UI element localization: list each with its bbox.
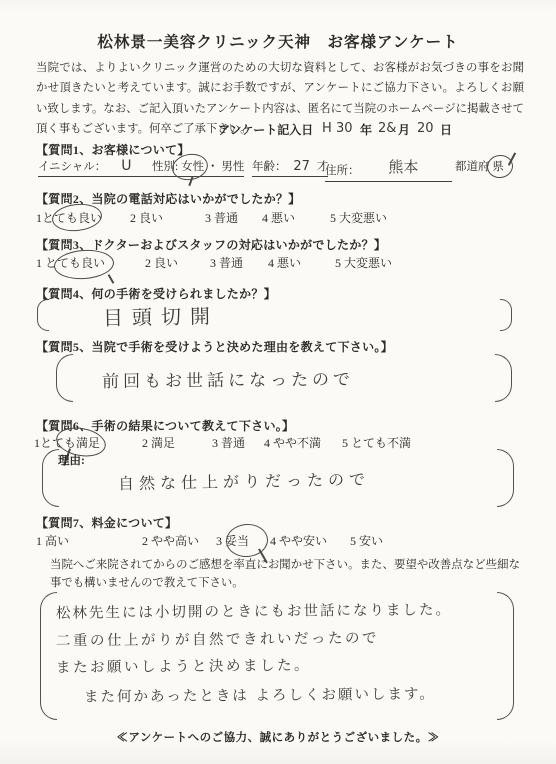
comment-line-2: 二重の仕上がりが自然できれいだったので	[56, 627, 379, 651]
page-title: 松林景一美容クリニック天神 お客様アンケート	[0, 30, 556, 52]
age-field: 年齢： 27 才	[252, 158, 328, 177]
gender-field: 性別: 女性 ・ 男性	[152, 158, 244, 177]
q1-heading: 【質問1、お客様について】	[36, 141, 190, 158]
q3-option-2: 2 良い	[145, 254, 178, 271]
q5-answer-handwriting: 前回もお世話になったので	[102, 365, 354, 392]
q7-option-4: 4 やや安い	[270, 532, 327, 549]
date-month-unit: 月	[398, 121, 410, 138]
comments-box: 松林先生には小切開のときにもお世話になりました。 二重の仕上がりが自然できれいだ…	[40, 592, 514, 720]
q7-option-5: 5 安い	[350, 532, 383, 549]
feedback-prompt: 当院へご来院されてからのご感想を率直にお聞かせ下さい。また、要望や改善点など些細…	[50, 556, 520, 593]
comment-line-3: またお願いしようと決めました。	[56, 654, 311, 677]
q3-option-5: 5 大変悪い	[335, 254, 392, 271]
initial-label: イニシャル：	[38, 161, 106, 173]
date-day-unit: 日	[440, 121, 452, 138]
date-era-value: H	[322, 121, 332, 136]
q3-option-3: 3 普通	[210, 254, 243, 271]
q2-option-2: 2 良い	[130, 209, 163, 226]
q5-heading: 【質問5、当院で手術を受けようと決めた理由を教えて下さい。】	[36, 338, 393, 355]
prefecture-field: 都道府 県	[455, 158, 504, 176]
date-day-value: 20	[417, 121, 434, 136]
address-value: 熊本	[362, 158, 452, 176]
date-label: アンケート記入日	[218, 121, 313, 138]
comment-line-4: また何かあったときは よろしくお願いします。	[84, 682, 436, 706]
age-label: 年齢：	[252, 161, 287, 173]
q2-option-3: 3 普通	[205, 209, 238, 226]
q3-options-row: 1 とても良い 2 良い 3 普通 4 悪い 5 大変悪い	[0, 254, 556, 276]
date-month-value: 2&	[378, 121, 396, 136]
address-label: 住所：	[325, 165, 360, 177]
q6-reason-handwriting: 自然な仕上がりだったので	[118, 467, 370, 494]
q3-circle-tail-icon	[108, 274, 114, 284]
q7-heading: 【質問7、料金について】	[36, 514, 177, 531]
gender-option-male: 男性	[221, 161, 244, 173]
q7-options-row: 1 高い 2 やや高い 3 妥当 4 やや安い 5 安い	[0, 532, 556, 554]
date-year-value: 30	[336, 121, 353, 136]
q1-fields-row: イニシャル： U 性別: 女性 ・ 男性 年齢： 27 才 住所： 熊本 都道府…	[0, 158, 556, 180]
prefecture-selection-circle-icon	[486, 153, 515, 179]
q7-option-2: 2 やや高い	[142, 532, 199, 549]
q2-option-4: 4 悪い	[262, 209, 295, 226]
survey-scan-page: 松林景一美容クリニック天神 お客様アンケート 当院では、よりよいクリニック運営の…	[0, 0, 556, 764]
date-year-unit: 年	[360, 121, 372, 138]
q7-option-1: 1 高い	[36, 532, 69, 549]
q2-options-row: 1とても良い 2 良い 3 普通 4 悪い 5 大変悪い	[0, 209, 556, 231]
q4-answer-box: 目頭切開	[37, 299, 512, 331]
gender-separator: ・	[207, 161, 219, 173]
q4-answer-handwriting: 目頭切開	[103, 300, 219, 331]
age-value: 27	[289, 159, 314, 174]
address-field: 住所： 熊本	[325, 158, 452, 182]
q6-reason-box: 理由: 自然な仕上がりだったので	[42, 449, 514, 507]
q6-reason-label: 理由:	[58, 452, 85, 468]
initial-field: イニシャル： U	[38, 158, 169, 177]
date-row: アンケート記入日 H 30 年 2& 月 20 日	[0, 121, 556, 139]
q3-option-4: 4 悪い	[268, 254, 301, 271]
comment-line-1: 松林先生には小切開のときにもお世話になりました。	[56, 598, 452, 622]
q5-answer-box: 前回もお世話になったので	[56, 354, 512, 402]
q2-option-5: 5 大変悪い	[330, 209, 387, 226]
prefecture-prefix: 都道府	[455, 161, 490, 173]
footer-thanks: ≪アンケートへのご協力、誠にありがとうございました。≫	[0, 729, 556, 745]
